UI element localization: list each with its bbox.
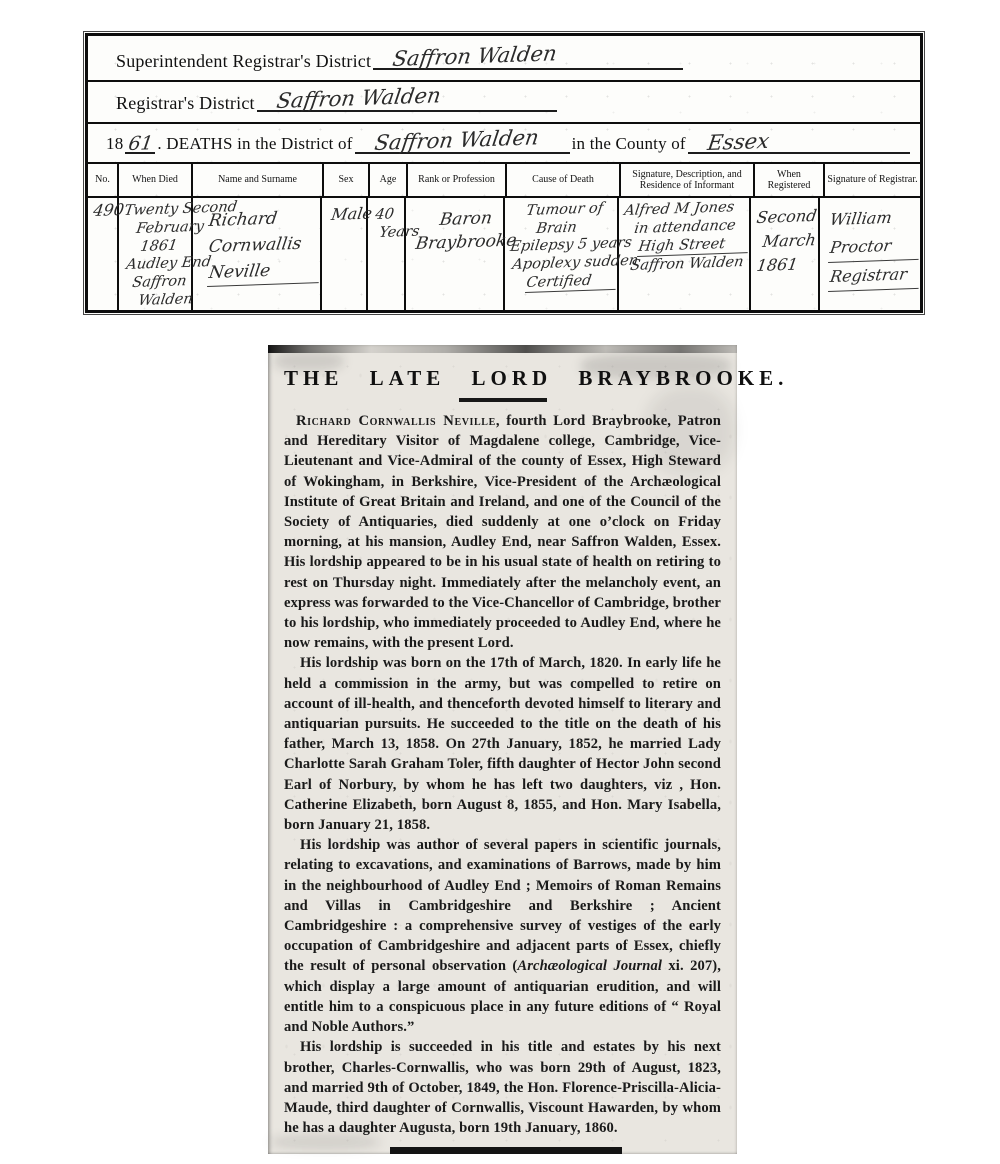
- district-underline: Saffron Walden: [355, 124, 570, 154]
- county-value: Essex: [706, 129, 771, 155]
- registrar-district-value: Saffron Walden: [275, 83, 442, 113]
- paragraph-text: His lordship was born on the 17th of Mar…: [284, 655, 721, 833]
- paragraph-text: , fourth Lord Braybrooke, Patron and Her…: [284, 413, 721, 651]
- year-underline: 61: [125, 128, 155, 154]
- paragraph-text: His lordship was author of several paper…: [284, 837, 721, 974]
- cell-when-died: Twenty Second February 1861 Audley End S…: [119, 198, 193, 310]
- article-paragraph-2: His lordship was born on the 17th of Mar…: [284, 653, 721, 835]
- registrar-district-underline: Saffron Walden: [257, 82, 557, 112]
- district-value: Saffron Walden: [373, 125, 540, 155]
- cell-informant: Alfred M Jones in attendance High Street…: [619, 198, 751, 310]
- article-paragraph-1: Richard Cornwallis Neville, fourth Lord …: [284, 411, 721, 653]
- deaths-district-line: 18 61 . DEATHS in the District of Saffro…: [88, 124, 920, 164]
- article-end-rule: [390, 1147, 622, 1154]
- header-sex: Sex: [324, 164, 370, 196]
- deceased-name: Richard Cornwallis Neville: [296, 413, 496, 429]
- journal-title: Archæological Journal: [517, 958, 662, 974]
- cell-name-surname: Richard Cornwallis Neville: [193, 198, 322, 310]
- header-cause-of-death: Cause of Death: [507, 164, 621, 196]
- header-no: No.: [88, 164, 119, 196]
- superintendent-district-value: Saffron Walden: [391, 41, 558, 71]
- county-underline: Essex: [688, 124, 910, 154]
- header-when-died: When Died: [119, 164, 193, 196]
- scan-stain-top: [268, 345, 737, 353]
- cell-entry-number: 490: [88, 198, 119, 310]
- paragraph-text: His lordship is succeeded in his title a…: [284, 1039, 721, 1136]
- header-when-registered: When Registered: [755, 164, 825, 196]
- cell-rank-profession: Baron Braybrooke: [406, 198, 505, 310]
- deaths-label: . DEATHS in the District of: [157, 134, 352, 162]
- article-title: THE LATE LORD BRAYBROOKE.: [284, 366, 721, 391]
- header-informant: Signature, Description, and Residence of…: [621, 164, 755, 196]
- cell-signature-registrar: William Proctor Registrar: [820, 198, 920, 310]
- death-certificate: Superintendent Registrar's District Saff…: [85, 33, 923, 313]
- register-table-data-row: 490 Twenty Second February 1861 Audley E…: [88, 198, 920, 310]
- superintendent-district-underline: Saffron Walden: [373, 40, 683, 70]
- article-paragraph-4: His lordship is succeeded in his title a…: [284, 1037, 721, 1138]
- cell-age: 40 Years: [368, 198, 406, 310]
- registrar-district-label: Registrar's District: [116, 93, 255, 122]
- title-rule: [459, 398, 547, 402]
- superintendent-district-line: Superintendent Registrar's District Saff…: [88, 36, 920, 82]
- year-written: 61: [127, 132, 154, 155]
- registrar-district-line: Registrar's District Saffron Walden: [88, 82, 920, 124]
- cell-sex: Male: [322, 198, 368, 310]
- register-table-header-row: No. When Died Name and Surname Sex Age R…: [88, 164, 920, 198]
- header-age: Age: [370, 164, 408, 196]
- header-rank-profession: Rank or Profession: [408, 164, 507, 196]
- article-paragraph-3: His lordship was author of several paper…: [284, 835, 721, 1037]
- county-label: in the County of: [572, 134, 686, 162]
- header-name-surname: Name and Surname: [193, 164, 324, 196]
- cell-cause-of-death: Tumour of Brain Epilepsy 5 years Apoplex…: [505, 198, 619, 310]
- newspaper-clipping: THE LATE LORD BRAYBROOKE. Richard Cornwa…: [268, 345, 737, 1154]
- cell-when-registered: Second March 1861: [751, 198, 820, 310]
- superintendent-district-label: Superintendent Registrar's District: [116, 51, 371, 80]
- header-signature-registrar: Signature of Registrar.: [825, 164, 920, 196]
- year-printed: 18: [106, 134, 123, 162]
